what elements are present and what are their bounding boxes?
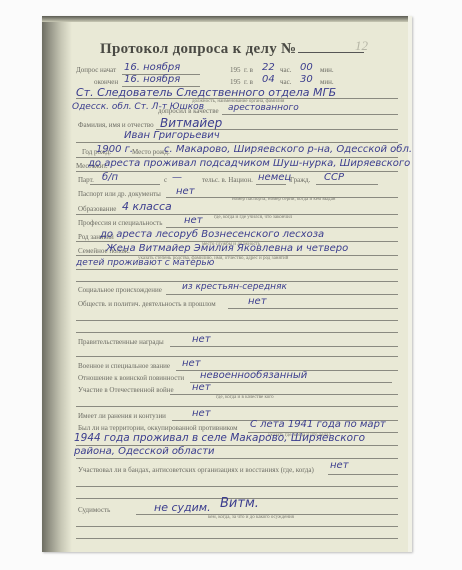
field-birth: Год рожд. 1900 г. Место рожд. с. Макаров… — [72, 144, 398, 158]
value-surname: Витмайер — [160, 116, 222, 130]
label-hour: г. в — [244, 78, 253, 86]
rule — [76, 406, 398, 407]
rule — [328, 474, 398, 475]
value-started-date: 16. ноября — [124, 62, 180, 73]
label-min: мин. — [320, 66, 334, 74]
label-education: Образование — [78, 205, 116, 213]
value-wounds: нет — [192, 408, 211, 419]
value-family-line1: Жена Витмайер Эмилия Яковлевна и четверо — [106, 243, 348, 254]
value-public-activity: нет — [248, 296, 267, 307]
value-war-participation: нет — [192, 382, 211, 393]
label-since: с — [164, 176, 167, 184]
label-social-origin: Социальное происхождение — [78, 286, 162, 294]
value-citizenship: ССР — [324, 172, 344, 183]
rule — [76, 538, 398, 539]
blank-line — [72, 518, 398, 530]
rule — [316, 184, 378, 185]
rule — [222, 114, 398, 115]
value-education: 4 класса — [122, 200, 172, 213]
field-awards: Правительственные награды нет — [72, 334, 398, 348]
label-nation: тельс. в. Национ. — [202, 176, 253, 184]
title-text: Протокол допроса к делу № — [100, 41, 296, 57]
field-passport: Паспорт или др. документы нет номер пасп… — [72, 186, 398, 202]
value-ended-date: 16. ноября — [124, 74, 180, 85]
rule — [90, 184, 160, 185]
value-occupied-line3: района, Одесской области — [74, 446, 215, 457]
rule — [170, 394, 398, 395]
label-party: Парт. — [78, 176, 94, 184]
field-family: Семейное полож. Жена Витмайер Эмилия Яко… — [72, 243, 398, 273]
value-occupation: до ареста лесоруб Вознесенского лесхоза — [100, 229, 324, 240]
value-occupied-line1: С лета 1941 года по март — [250, 419, 386, 430]
label-passport: Паспорт или др. документы — [78, 190, 161, 198]
field-residence: Местожит. до ареста проживал подсадчиком… — [72, 158, 398, 172]
label-military-duty: Отношение к воинской повинности — [78, 374, 184, 382]
label-started: Допрос начат — [76, 66, 116, 74]
label-hour-suffix: час. — [280, 66, 291, 74]
label-year: 195 — [230, 66, 241, 74]
label-convictions: Судимость — [78, 506, 110, 514]
value-social-origin: из крестьян-середняк — [182, 282, 287, 292]
rule — [76, 269, 398, 270]
rule — [76, 526, 398, 527]
field-profession: Профессия и специальность нет — [72, 215, 398, 229]
rule — [76, 332, 398, 333]
label-occupied-territory: Был ли на территории, оккупированной про… — [78, 424, 238, 432]
value-ended-hour: 04 — [262, 74, 275, 85]
value-ended-min: 30 — [300, 74, 313, 85]
label-min-prefix: час. — [280, 78, 291, 86]
label-public-activity: Обществ. и политич. деятельность в прошл… — [78, 300, 216, 308]
field-name: Фамилия, имя и отчество Витмайер Иван Гр… — [72, 117, 398, 145]
label-ended: окончен — [94, 78, 118, 86]
value-occupied-line2: 1944 года проживал в селе Макарово, Ширя… — [74, 432, 365, 444]
rule — [76, 458, 398, 459]
value-awards: нет — [192, 334, 211, 345]
interrogation-protocol-page: Протокол допроса к делу № 12 Допрос нача… — [42, 16, 412, 552]
value-family-line2: детей проживают с матерью — [76, 258, 214, 268]
field-occupied-territory: Был ли на территории, оккупированной про… — [72, 421, 398, 463]
blank-line — [72, 310, 398, 324]
value-birth-place: с. Макарово, Ширяевского р-на, Одесской … — [164, 144, 412, 155]
field-public-activity: Обществ. и политич. деятельность в прошл… — [72, 296, 398, 310]
label-year: 195 — [230, 78, 241, 86]
value-role: арестованного — [228, 103, 299, 113]
rule — [76, 142, 398, 143]
rule — [228, 308, 398, 309]
rule — [166, 227, 398, 228]
label-war-participation: Участие в Отечественной войне — [78, 386, 174, 394]
page-top-shadow — [42, 16, 412, 22]
label-min: мин. — [320, 78, 334, 86]
rule — [76, 356, 398, 357]
rule — [76, 320, 398, 321]
value-since: — — [172, 172, 182, 183]
field-military-duty: Отношение к воинской повинности невоенно… — [72, 371, 398, 383]
value-started-hour: 22 — [262, 62, 275, 73]
value-convictions: не судим. — [154, 501, 211, 514]
label-hour: г. в — [244, 66, 253, 74]
document-title: Протокол допроса к делу № — [100, 40, 364, 58]
value-military-duty: невоеннообязанный — [200, 370, 307, 381]
label-gangs: Участвовал ли в бандах, антисоветских ор… — [78, 466, 314, 474]
label-wounds: Имеет ли ранения и контузии — [78, 412, 166, 420]
page-edge — [408, 16, 412, 552]
value-party: б/п — [102, 172, 118, 183]
label-citizenship: Гражд. — [290, 176, 310, 184]
rule — [256, 184, 286, 185]
value-gangs: нет — [330, 460, 349, 471]
label-name: Фамилия, имя и отчество — [78, 121, 154, 129]
rule — [76, 486, 398, 487]
field-gangs: Участвовал ли в бандах, антисоветских ор… — [72, 462, 398, 476]
value-rank: нет — [182, 358, 201, 369]
blank-line — [72, 530, 398, 542]
value-profession: нет — [184, 215, 203, 226]
page-number: 12 — [355, 38, 368, 54]
rule — [166, 294, 398, 295]
label-role: допросил в качестве — [158, 107, 219, 115]
label-awards: Правительственные награды — [78, 338, 164, 346]
field-interrogator: Ст. Следователь Следственного отдела МГБ… — [72, 86, 398, 116]
value-given-name: Иван Григорьевич — [124, 130, 220, 141]
field-party: Парт. б/п с — тельс. в. Национ. немец Гр… — [72, 172, 398, 186]
rule — [170, 346, 398, 347]
value-started-min: 00 — [300, 62, 313, 73]
value-birth-year: 1900 г. — [96, 144, 133, 155]
value-residence: до ареста проживал подсадчиком Шуш-нурка… — [88, 158, 410, 169]
value-passport: нет — [176, 186, 195, 197]
label-profession: Профессия и специальность — [78, 219, 162, 227]
field-started: Допрос начат 16. ноября 195 г. в 22 час.… — [72, 64, 398, 76]
blank-line — [72, 476, 398, 488]
field-social-origin: Социальное происхождение из крестьян-сер… — [72, 282, 398, 296]
value-nation: немец — [258, 172, 291, 183]
signature: Витм. — [220, 496, 259, 511]
label-rank: Военное и специальное звание — [78, 362, 170, 370]
